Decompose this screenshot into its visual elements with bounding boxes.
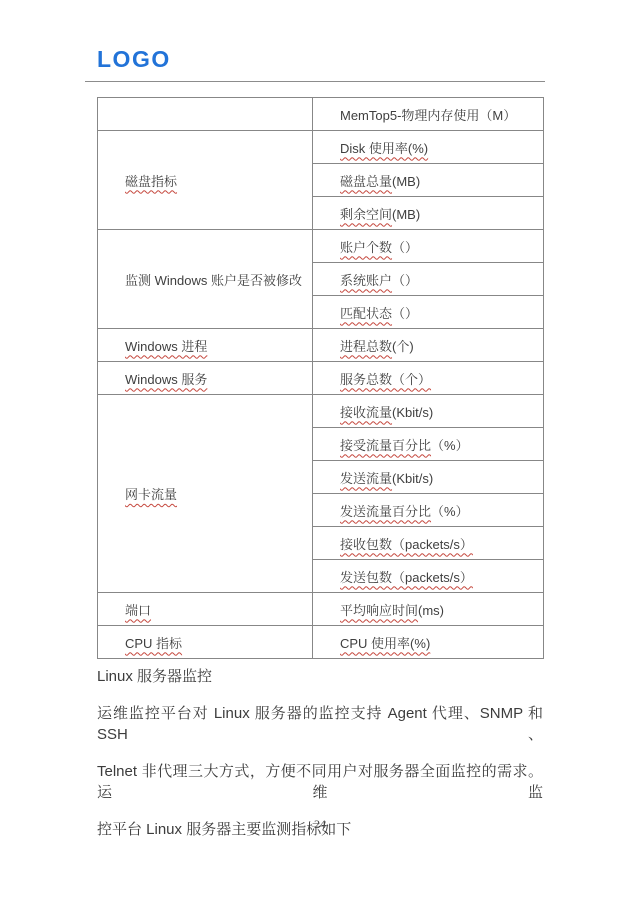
metric-label-suffix: (MB): [392, 207, 420, 222]
metric-cell: 服务总数（个）: [313, 362, 544, 395]
metric-group-cell: Windows 服务: [98, 362, 313, 395]
metric-cell: 匹配状态（）: [313, 296, 544, 329]
metric-cell: 进程总数(个): [313, 329, 544, 362]
metric-label: 匹配状态: [340, 306, 392, 321]
metric-group-cell: 网卡流量: [98, 395, 313, 593]
metric-group-label: Windows 服务: [125, 372, 207, 387]
metric-cell: 接受流量百分比（%）: [313, 428, 544, 461]
metric-label: 发送流量: [340, 471, 392, 486]
metric-label-suffix: (Kbit/s): [392, 471, 433, 486]
metric-label-suffix: (ms): [418, 603, 444, 618]
metric-group-label: 端口: [125, 603, 151, 618]
section-title: Linux 服务器监控: [97, 666, 543, 687]
metric-label-suffix: （%）: [431, 438, 469, 453]
metric-cell: 发送流量(Kbit/s): [313, 461, 544, 494]
paragraph-line: 运维监控平台对 Linux 服务器的监控支持 Agent 代理、SNMP 和 S…: [97, 703, 543, 745]
page-number: 24: [0, 817, 640, 832]
metric-cell: 账户个数（）: [313, 230, 544, 263]
metric-group-label: CPU 指标: [125, 636, 182, 651]
metric-cell: CPU 使用率(%): [313, 626, 544, 659]
metric-label: 进程总数: [340, 339, 392, 354]
metric-label-suffix: (Kbit/s): [392, 405, 433, 420]
table-row: MemTop5-物理内存使用（M）: [98, 98, 544, 131]
table-row: 端口平均响应时间(ms): [98, 593, 544, 626]
metric-label: Disk 使用率(%): [340, 141, 428, 156]
metric-label: CPU 使用率(%): [340, 636, 430, 651]
table-row: Windows 服务服务总数（个）: [98, 362, 544, 395]
paragraph-line: Telnet 非代理三大方式，方便不同用户对服务器全面监控的需求。运维监: [97, 761, 543, 803]
table-row: Windows 进程进程总数(个): [98, 329, 544, 362]
metric-label: 发送包数（packets/s）: [340, 570, 473, 585]
metric-label: 剩余空间: [340, 207, 392, 222]
metric-group-cell: Windows 进程: [98, 329, 313, 362]
metric-cell: 接收包数（packets/s）: [313, 527, 544, 560]
metric-cell: 磁盘总量(MB): [313, 164, 544, 197]
metric-label-suffix: （）: [392, 240, 418, 255]
metric-cell: 发送包数（packets/s）: [313, 560, 544, 593]
metric-label: 平均响应时间: [340, 603, 418, 618]
metric-group-cell: 监测 Windows 账户是否被修改: [98, 230, 313, 329]
table-row: CPU 指标CPU 使用率(%): [98, 626, 544, 659]
metric-cell: 发送流量百分比（%）: [313, 494, 544, 527]
table-row: 磁盘指标Disk 使用率(%): [98, 131, 544, 164]
metric-label-suffix: MemTop5-物理内存使用（M）: [340, 108, 516, 123]
metric-cell: MemTop5-物理内存使用（M）: [313, 98, 544, 131]
metric-label-suffix: （）: [392, 306, 418, 321]
logo: LOGO: [97, 46, 171, 73]
metric-label: 发送流量百分比: [340, 504, 431, 519]
metrics-table: MemTop5-物理内存使用（M）磁盘指标Disk 使用率(%)磁盘总量(MB)…: [97, 97, 544, 659]
metric-label-suffix: (个): [392, 339, 414, 354]
metric-group-label: Windows 进程: [125, 339, 207, 354]
metric-label: 接受流量百分比: [340, 438, 431, 453]
metric-cell: Disk 使用率(%): [313, 131, 544, 164]
metric-group-cell: 端口: [98, 593, 313, 626]
metric-label: 磁盘总量: [340, 174, 392, 189]
metric-cell: 系统账户（）: [313, 263, 544, 296]
metric-label: 服务总数（个）: [340, 372, 431, 387]
metric-group-label: 监测 Windows 账户是否被修改: [125, 273, 302, 288]
metric-label: 接收流量: [340, 405, 392, 420]
metrics-table-body: MemTop5-物理内存使用（M）磁盘指标Disk 使用率(%)磁盘总量(MB)…: [98, 98, 544, 659]
metric-label-suffix: （%）: [431, 504, 469, 519]
table-row: 监测 Windows 账户是否被修改账户个数（）: [98, 230, 544, 263]
metric-group-label: 磁盘指标: [125, 174, 177, 189]
metric-group-cell: 磁盘指标: [98, 131, 313, 230]
metric-label: 系统账户: [340, 273, 392, 288]
metric-cell: 接收流量(Kbit/s): [313, 395, 544, 428]
metric-group-cell: CPU 指标: [98, 626, 313, 659]
metric-group-cell: [98, 98, 313, 131]
metric-group-label: 网卡流量: [125, 487, 177, 502]
metric-label: 账户个数: [340, 240, 392, 255]
metric-label-suffix: （）: [392, 273, 418, 288]
metric-cell: 剩余空间(MB): [313, 197, 544, 230]
metric-label-suffix: (MB): [392, 174, 420, 189]
table-row: 网卡流量接收流量(Kbit/s): [98, 395, 544, 428]
metric-cell: 平均响应时间(ms): [313, 593, 544, 626]
header-rule: [85, 81, 545, 82]
document-page: LOGO MemTop5-物理内存使用（M）磁盘指标Disk 使用率(%)磁盘总…: [0, 0, 640, 906]
metric-label: 接收包数（packets/s）: [340, 537, 473, 552]
linux-section: Linux 服务器监控 运维监控平台对 Linux 服务器的监控支持 Agent…: [97, 666, 543, 840]
